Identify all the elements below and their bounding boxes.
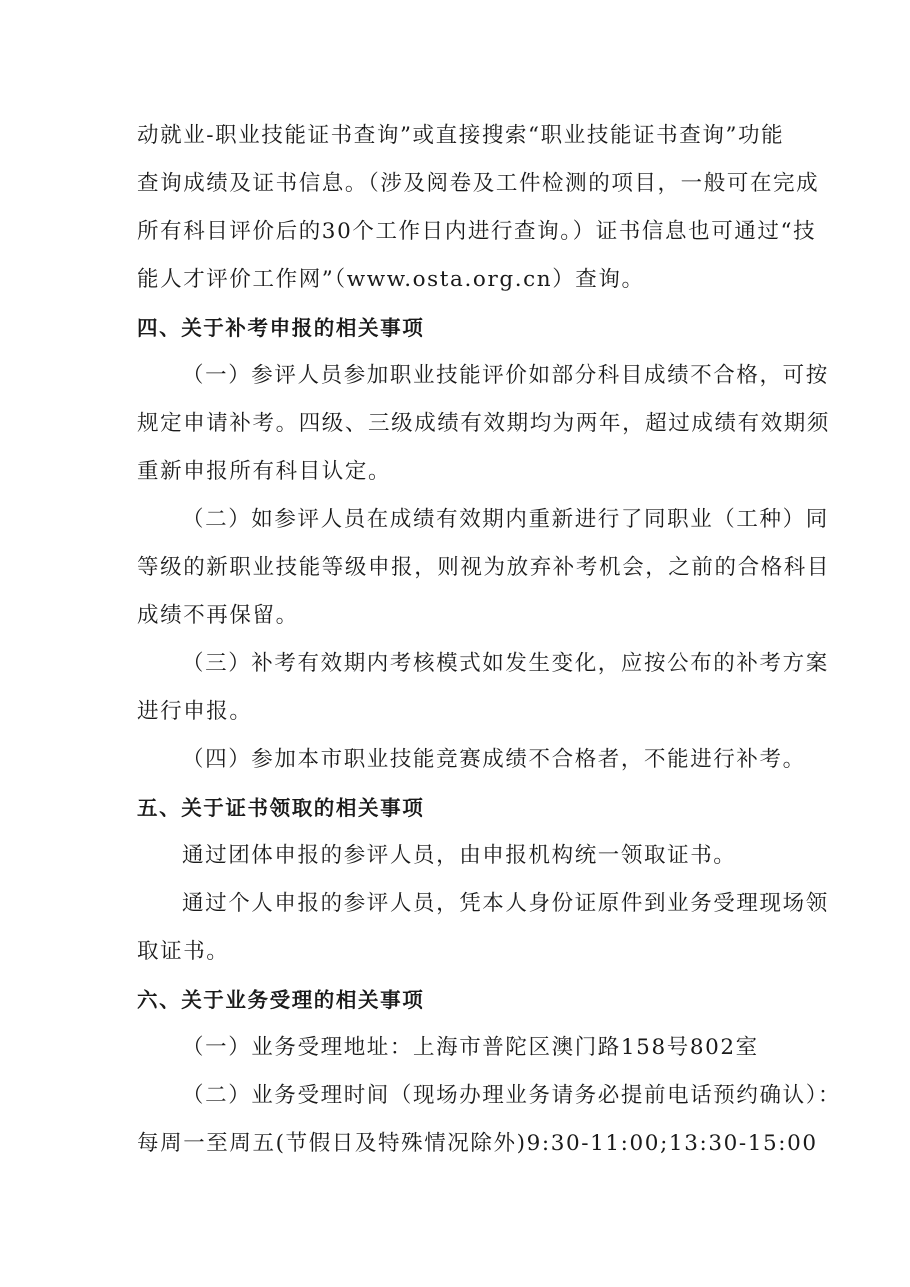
paragraph-address: （一）业务受理地址：上海市普陀区澳门路158号802室: [137, 1024, 777, 1072]
section-heading: 四、关于补考申报的相关事项: [137, 304, 777, 352]
text-line: （二）如参评人员在成绩有效期内重新进行了同职业（工种）同: [137, 496, 777, 544]
text-line: （一）业务受理地址：上海市普陀区澳门路158号802室: [137, 1024, 777, 1072]
paragraph-item-1: （一）参评人员参加职业技能评价如部分科目成绩不合格，可按 规定申请补考。四级、三…: [137, 352, 777, 496]
paragraph-group-applicants: 通过团体申报的参评人员，由申报机构统一领取证书。: [137, 832, 777, 880]
text-line: 能人才评价工作网”（www.osta.org.cn）查询。: [137, 256, 777, 304]
text-line: （三）补考有效期内考核模式如发生变化，应按公布的补考方案: [137, 640, 777, 688]
text-line: 成绩不再保留。: [137, 592, 777, 640]
text-line: 通过团体申报的参评人员，由申报机构统一领取证书。: [137, 832, 777, 880]
continuation-paragraph: 动就业-职业技能证书查询”或直接搜索“职业技能证书查询”功能 查询成绩及证书信息…: [137, 112, 777, 304]
paragraph-individual-applicants: 通过个人申报的参评人员，凭本人身份证原件到业务受理现场领 取证书。: [137, 880, 777, 976]
paragraph-item-3: （三）补考有效期内考核模式如发生变化，应按公布的补考方案 进行申报。: [137, 640, 777, 736]
text-line: （一）参评人员参加职业技能评价如部分科目成绩不合格，可按: [137, 352, 777, 400]
text-line: 进行申报。: [137, 688, 777, 736]
text-line: 等级的新职业技能等级申报，则视为放弃补考机会，之前的合格科目: [137, 544, 777, 592]
text-line: 每周一至周五(节假日及特殊情况除外)9:30-11:00;13:30-15:00: [137, 1120, 777, 1168]
text-line: （四）参加本市职业技能竞赛成绩不合格者，不能进行补考。: [137, 736, 777, 784]
paragraph-item-2: （二）如参评人员在成绩有效期内重新进行了同职业（工种）同 等级的新职业技能等级申…: [137, 496, 777, 640]
section-heading: 五、关于证书领取的相关事项: [137, 784, 777, 832]
text-line: 通过个人申报的参评人员，凭本人身份证原件到业务受理现场领: [137, 880, 777, 928]
section-certificate-pickup: 五、关于证书领取的相关事项 通过团体申报的参评人员，由申报机构统一领取证书。 通…: [137, 784, 777, 976]
text-line: 取证书。: [137, 928, 777, 976]
paragraph-item-4: （四）参加本市职业技能竞赛成绩不合格者，不能进行补考。: [137, 736, 777, 784]
text-line: 动就业-职业技能证书查询”或直接搜索“职业技能证书查询”功能: [137, 112, 777, 160]
text-line: 所有科目评价后的30个工作日内进行查询。）证书信息也可通过“技: [137, 208, 777, 256]
text-line: 查询成绩及证书信息。（涉及阅卷及工件检测的项目，一般可在完成: [137, 160, 777, 208]
text-line: 重新申报所有科目认定。: [137, 448, 777, 496]
text-line: （二）业务受理时间（现场办理业务请务必提前电话预约确认）：: [137, 1072, 777, 1120]
text-line: 规定申请补考。四级、三级成绩有效期均为两年，超过成绩有效期须: [137, 400, 777, 448]
paragraph-hours: （二）业务受理时间（现场办理业务请务必提前电话预约确认）： 每周一至周五(节假日…: [137, 1072, 777, 1168]
section-heading: 六、关于业务受理的相关事项: [137, 976, 777, 1024]
section-makeup-exam: 四、关于补考申报的相关事项 （一）参评人员参加职业技能评价如部分科目成绩不合格，…: [137, 304, 777, 784]
document-page: 动就业-职业技能证书查询”或直接搜索“职业技能证书查询”功能 查询成绩及证书信息…: [137, 112, 777, 1168]
section-business-acceptance: 六、关于业务受理的相关事项 （一）业务受理地址：上海市普陀区澳门路158号802…: [137, 976, 777, 1168]
